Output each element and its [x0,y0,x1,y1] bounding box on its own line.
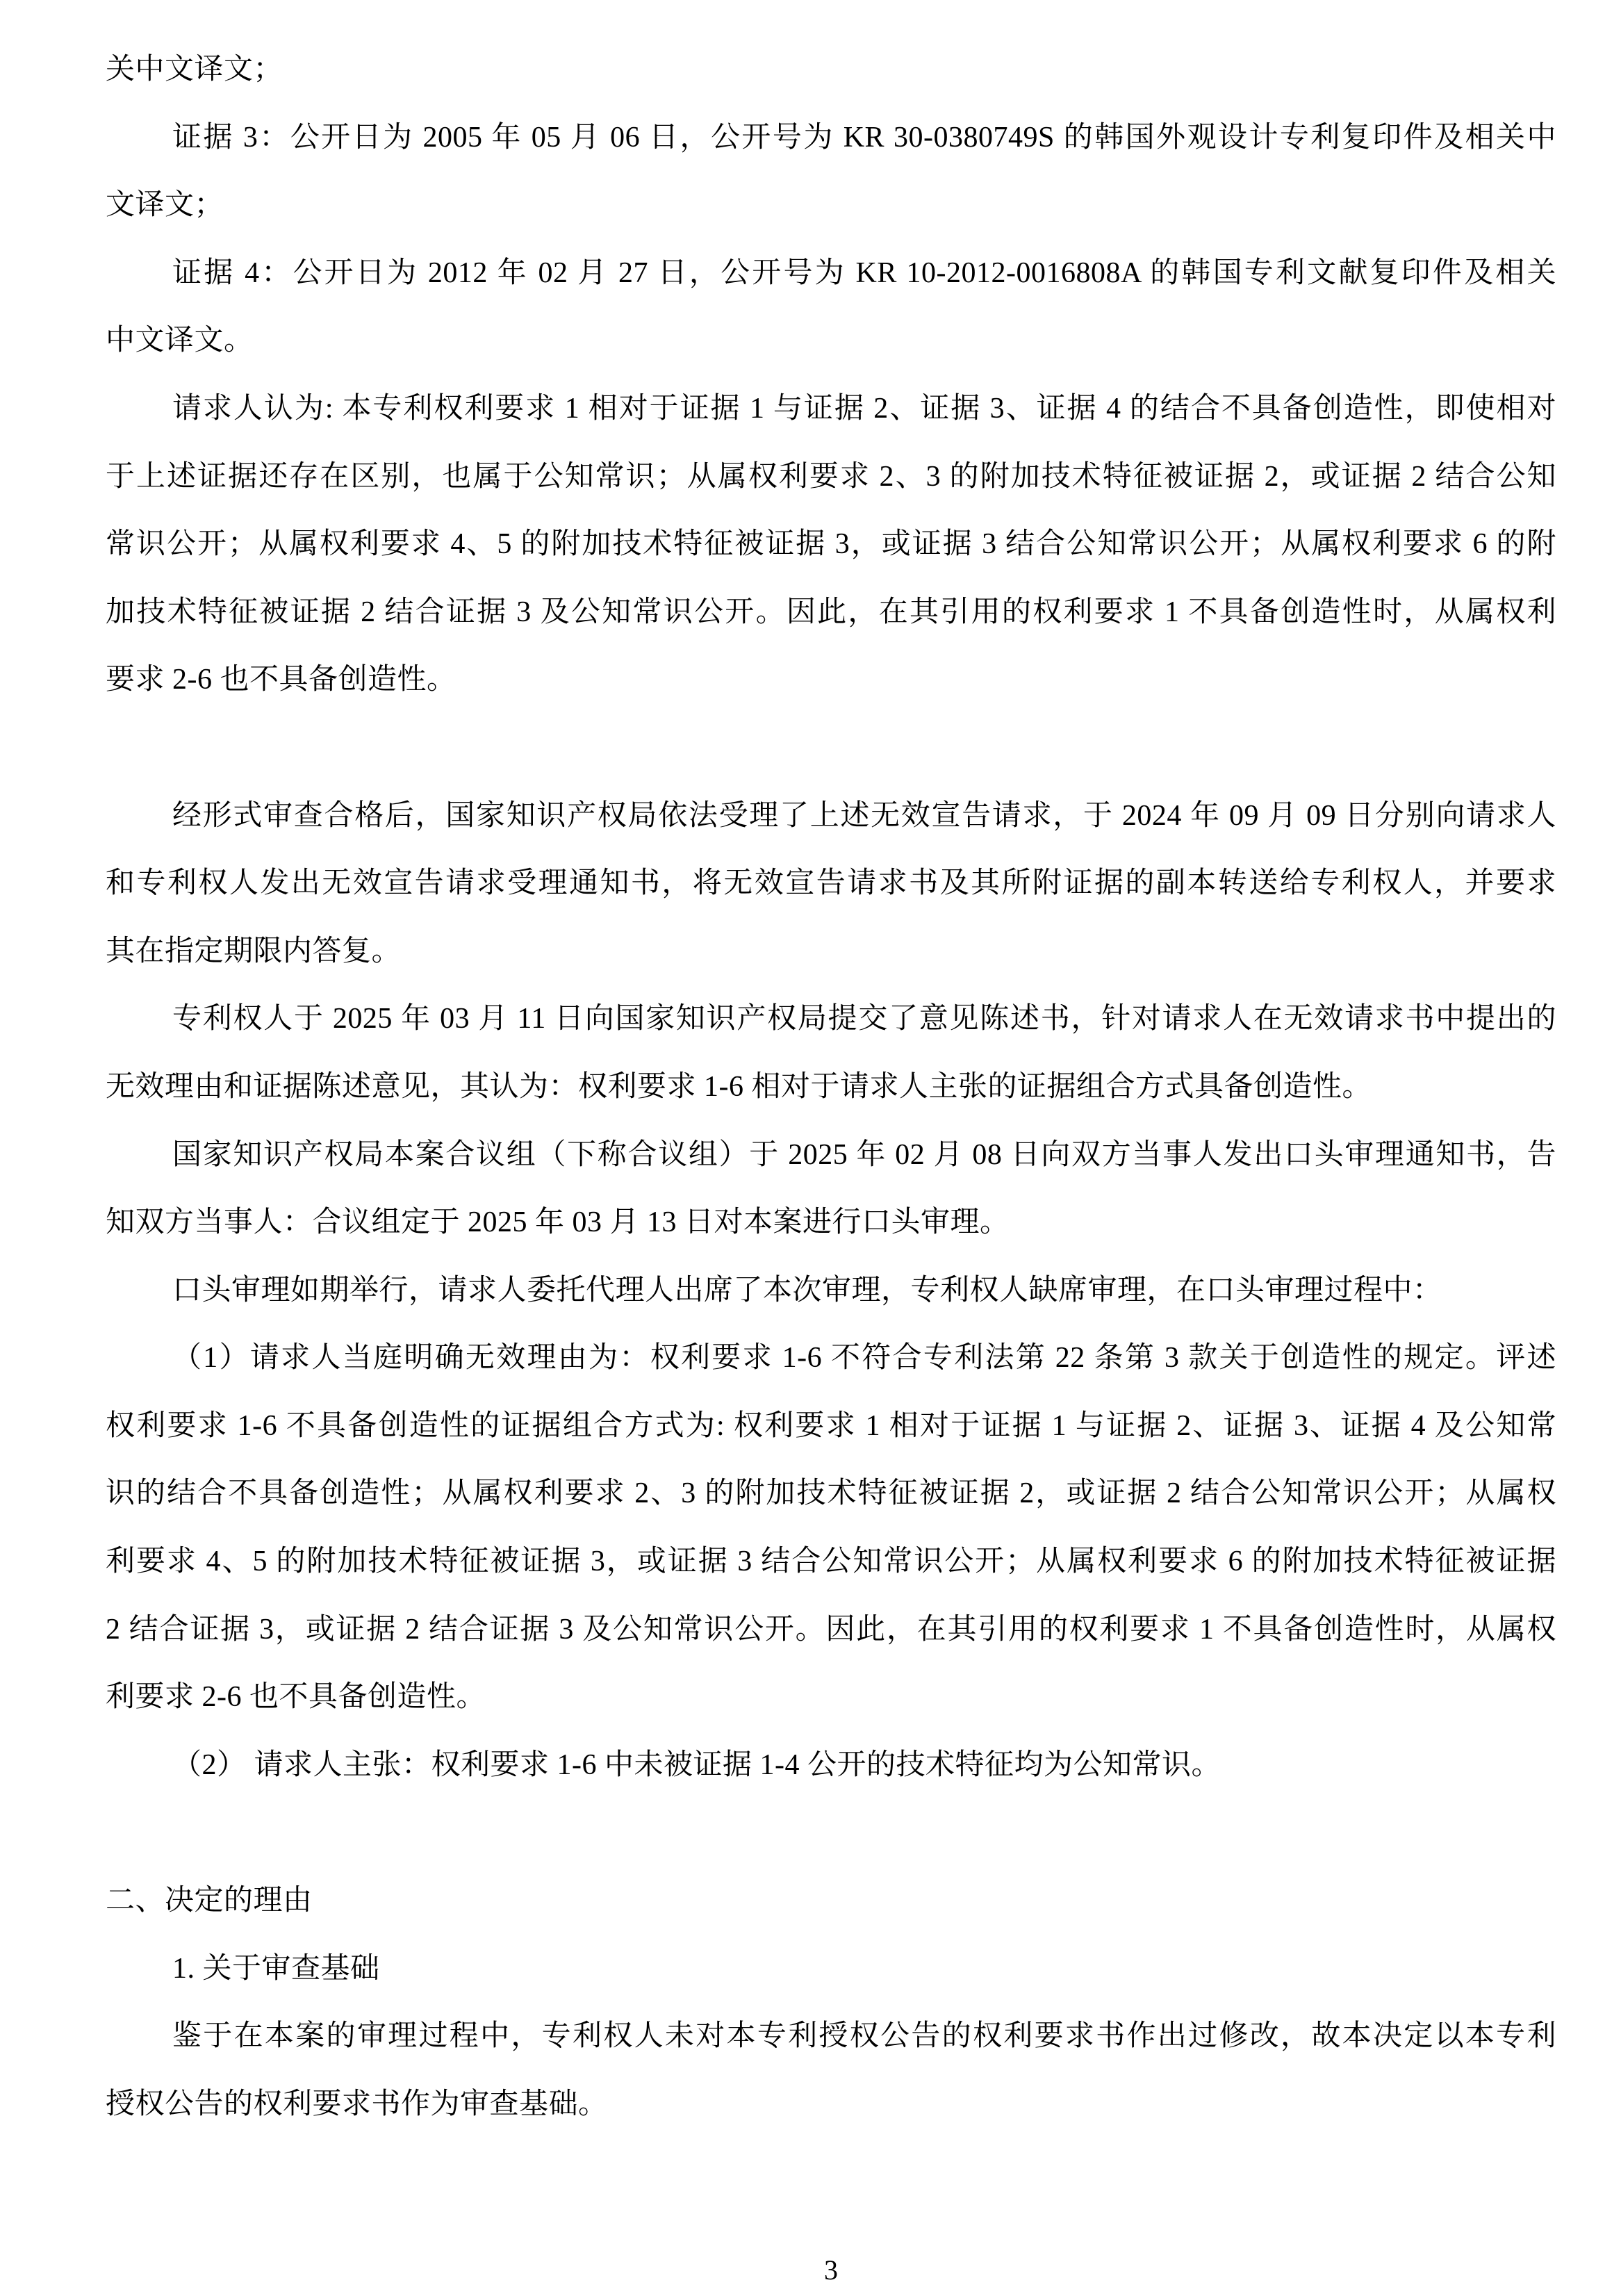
text-line: 2 结合证据 3，或证据 2 结合证据 3 及公知常识公开。因此，在其引用的权利… [106,1596,1556,1664]
text-line: （1）请求人当庭明确无效理由为：权利要求 1-6 不符合专利法第 22 条第 3… [106,1325,1556,1393]
text-line: 二、决定的理由 [106,1867,1556,1935]
text-line: 其在指定期限内答复。 [106,918,1556,986]
text-line: 和专利权人发出无效宣告请求受理通知书，将无效宣告请求书及其所附证据的副本转送给专… [106,850,1556,918]
blank-line [106,714,1556,782]
text-line: （2） 请求人主张：权利要求 1-6 中未被证据 1-4 公开的技术特征均为公知… [106,1732,1556,1800]
blank-line [106,1799,1556,1867]
document-page: 关中文译文；证据 3：公开日为 2005 年 05 月 06 日，公开号为 KR… [0,0,1621,2296]
text-line: 证据 4：公开日为 2012 年 02 月 27 日，公开号为 KR 10-20… [106,240,1556,308]
text-line: 利要求 2-6 也不具备创造性。 [106,1664,1556,1732]
text-line: 识的结合不具备创造性；从属权利要求 2、3 的附加技术特征被证据 2，或证据 2… [106,1460,1556,1528]
text-line: 专利权人于 2025 年 03 月 11 日向国家知识产权局提交了意见陈述书，针… [106,985,1556,1053]
text-line: 常识公开；从属权利要求 4、5 的附加技术特征被证据 3，或证据 3 结合公知常… [106,511,1556,579]
text-line: 文译文； [106,172,1556,240]
text-line: 知双方当事人：合议组定于 2025 年 03 月 13 日对本案进行口头审理。 [106,1189,1556,1257]
text-line: 授权公告的权利要求书作为审查基础。 [106,2071,1556,2139]
text-line: 经形式审查合格后，国家知识产权局依法受理了上述无效宣告请求，于 2024 年 0… [106,782,1556,851]
text-line: 中文译文。 [106,307,1556,375]
text-line: 无效理由和证据陈述意见，其认为：权利要求 1-6 相对于请求人主张的证据组合方式… [106,1053,1556,1122]
text-line: 证据 3：公开日为 2005 年 05 月 06 日，公开号为 KR 30-03… [106,104,1556,172]
text-line: 于上述证据还存在区别，也属于公知常识；从属权利要求 2、3 的附加技术特征被证据… [106,443,1556,511]
text-line: 利要求 4、5 的附加技术特征被证据 3，或证据 3 结合公知常识公开；从属权利… [106,1528,1556,1596]
text-line: 口头审理如期举行，请求人委托代理人出席了本次审理，专利权人缺席审理，在口头审理过… [106,1257,1556,1325]
text-line: 要求 2-6 也不具备创造性。 [106,646,1556,714]
text-line: 加技术特征被证据 2 结合证据 3 及公知常识公开。因此，在其引用的权利要求 1… [106,579,1556,647]
text-line: 1. 关于审查基础 [106,1935,1556,2003]
page-number: 3 [106,2249,1556,2292]
text-line: 请求人认为: 本专利权利要求 1 相对于证据 1 与证据 2、证据 3、证据 4… [106,375,1556,443]
text-line: 鉴于在本案的审理过程中，专利权人未对本专利授权公告的权利要求书作出过修改，故本决… [106,2003,1556,2071]
text-line: 关中文译文； [106,36,1556,104]
text-line: 国家知识产权局本案合议组（下称合议组）于 2025 年 02 月 08 日向双方… [106,1122,1556,1190]
text-block: 关中文译文；证据 3：公开日为 2005 年 05 月 06 日，公开号为 KR… [106,36,1556,2138]
text-line: 权利要求 1-6 不具备创造性的证据组合方式为: 权利要求 1 相对于证据 1 … [106,1393,1556,1461]
